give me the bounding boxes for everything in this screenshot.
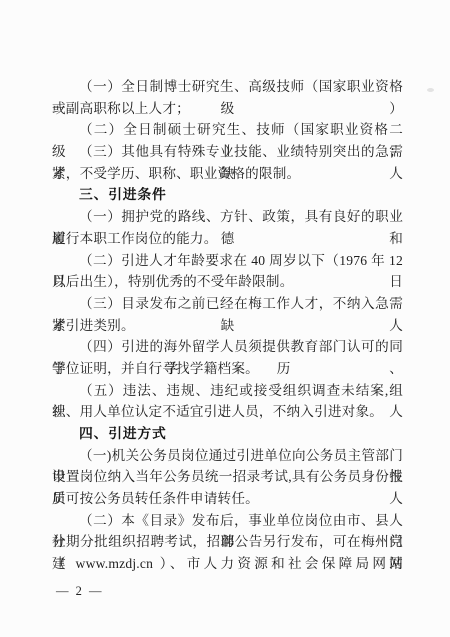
- text-line: （二）全日制硕士研究生、技师（国家职业资格二级）；: [52, 119, 403, 141]
- text-line: （二）本《目录》发布后，事业单位岗位由市、县人社部门: [52, 510, 403, 532]
- text-line: （一）拥护党的路线、方针、政策，具有良好的职业道德和: [52, 206, 403, 228]
- text-line: 社、用人单位认定不适宜引进人员，不纳入引进对象。: [52, 401, 403, 423]
- text-line: 分期分批组织招聘考试，招聘公告另行发布，可在梅州党建网: [52, 531, 403, 553]
- text-line: （一)机关公务员岗位通过引进单位向公务员主管部门申报: [52, 445, 403, 467]
- page-number: — 2 —: [56, 584, 104, 599]
- text-line: （三）其他具有特殊专业技能、业绩特别突出的急需紧缺人: [52, 141, 403, 163]
- text-line: （四）引进的海外留学人员须提供教育部门认可的同等学历、: [52, 336, 403, 358]
- text-line: （ www.mzdj.cn ）、市人力资源和社会保障局网站: [52, 553, 403, 575]
- section-heading: 四、引进方式: [52, 423, 403, 445]
- text-line: 设置岗位纳入当年公务员统一招录考试,具有公务员身份性质人: [52, 466, 403, 488]
- text-line: （三）目录发布之前已经在梅工作人才，不纳入急需紧缺人: [52, 293, 403, 315]
- text-line: （二）引进人才年龄要求在 40 周岁以下（1976 年 12 月 日: [52, 250, 403, 272]
- text-line: （五）违法、违规、违纪或接受组织调查未结案,组织、人: [52, 380, 403, 402]
- scan-artifact: [427, 88, 434, 92]
- document-body: （一）全日制博士研究生、高级技师（国家职业资格一级）或副高职称以上人才；（二）全…: [52, 76, 403, 575]
- section-heading: 三、引进条件: [52, 184, 403, 206]
- text-line: （一）全日制博士研究生、高级技师（国家职业资格一级）: [52, 76, 403, 98]
- scanned-document-page: （一）全日制博士研究生、高级技师（国家职业资格一级）或副高职称以上人才；（二）全…: [0, 0, 450, 637]
